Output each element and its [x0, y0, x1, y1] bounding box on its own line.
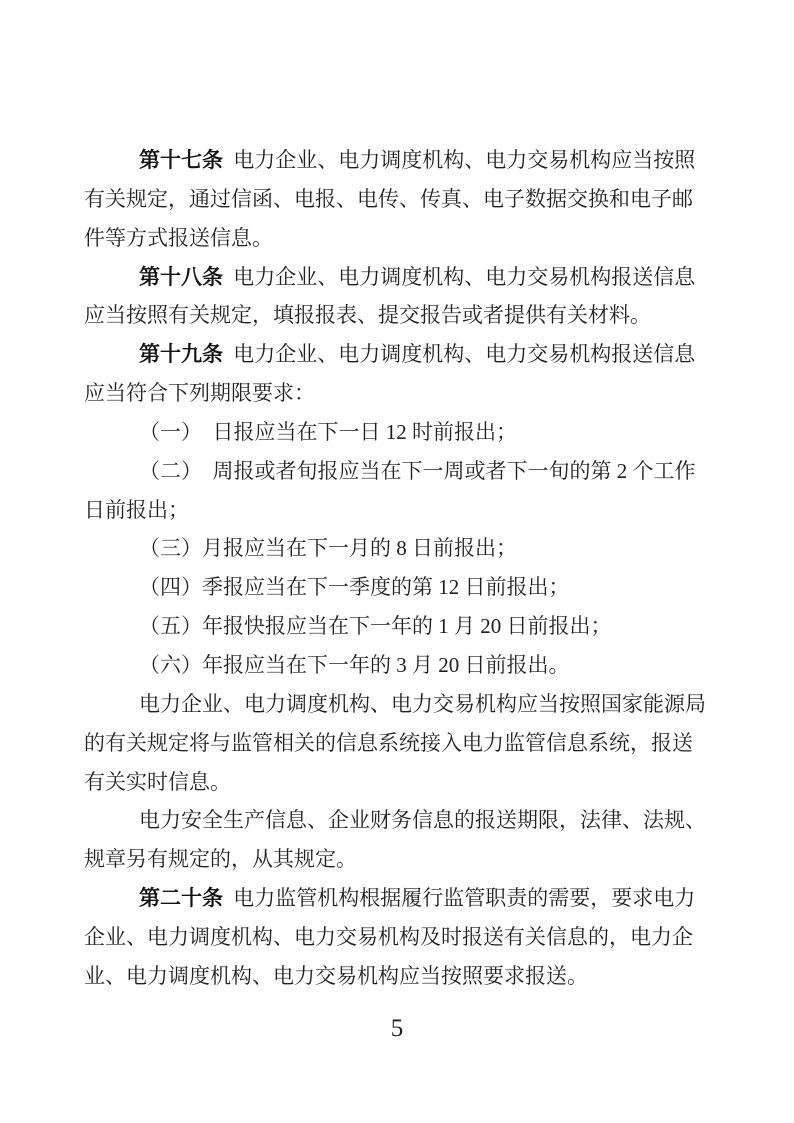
- text-line: 应当符合下列期限要求：: [84, 374, 709, 413]
- line-text: 有关实时信息。: [84, 770, 231, 794]
- line-text: （六）年报应当在下一年的 3 月 20 日前报出。: [139, 653, 570, 677]
- text-line: （三）月报应当在下一月的 8 日前报出；: [84, 529, 709, 568]
- text-line: 应当按照有关规定，填报报表、提交报告或者提供有关材料。: [84, 296, 709, 335]
- text-line: 业、电力调度机构、电力交易机构应当按照要求报送。: [84, 957, 709, 996]
- text-line: 日前报出；: [84, 491, 709, 530]
- text-line: 第十七条 电力企业、电力调度机构、电力交易机构应当按照: [84, 141, 709, 180]
- text-line: （一） 日报应当在下一日 12 时前报出；: [84, 413, 709, 452]
- text-line: （六）年报应当在下一年的 3 月 20 日前报出。: [84, 646, 709, 685]
- text-line: 电力企业、电力调度机构、电力交易机构应当按照国家能源局: [84, 685, 709, 724]
- text-line: 规章另有规定的，从其规定。: [84, 840, 709, 879]
- line-text: 电力企业、电力调度机构、电力交易机构报送信息: [228, 265, 695, 289]
- article-number: 第十八条: [139, 265, 223, 289]
- text-line: 电力安全生产信息、企业财务信息的报送期限，法律、法规、: [84, 801, 709, 840]
- line-text: （四）季报应当在下一季度的第 12 日前报出；: [139, 575, 570, 599]
- line-text: 业、电力调度机构、电力交易机构应当按照要求报送。: [84, 964, 588, 988]
- line-text: 应当按照有关规定，填报报表、提交报告或者提供有关材料。: [84, 303, 651, 327]
- line-text: （二） 周报或者旬报应当在下一周或者下一旬的第 2 个工作: [139, 459, 696, 483]
- line-text: 电力企业、电力调度机构、电力交易机构应当按照国家能源局: [139, 692, 706, 716]
- line-text: 电力安全生产信息、企业财务信息的报送期限，法律、法规、: [139, 808, 706, 832]
- text-line: 第二十条 电力监管机构根据履行监管职责的需要，要求电力: [84, 879, 709, 918]
- text-line: 的有关规定将与监管相关的信息系统接入电力监管信息系统，报送: [84, 724, 709, 763]
- line-text: 日前报出；: [84, 498, 189, 522]
- line-text: 有关规定，通过信函、电报、电传、传真、电子数据交换和电子邮: [84, 187, 693, 211]
- line-text: （五）年报快报应当在下一年的 1 月 20 日前报出；: [139, 614, 612, 638]
- text-line: 有关实时信息。: [84, 763, 709, 802]
- text-line: （五）年报快报应当在下一年的 1 月 20 日前报出；: [84, 607, 709, 646]
- text-line: 第十八条 电力企业、电力调度机构、电力交易机构报送信息: [84, 258, 709, 297]
- article-number: 第十九条: [139, 342, 223, 366]
- document-body: 第十七条 电力企业、电力调度机构、电力交易机构应当按照有关规定，通过信函、电报、…: [84, 141, 709, 996]
- text-line: 件等方式报送信息。: [84, 219, 709, 258]
- text-line: 企业、电力调度机构、电力交易机构及时报送有关信息的，电力企: [84, 918, 709, 957]
- line-text: （三）月报应当在下一月的 8 日前报出；: [139, 536, 517, 560]
- line-text: 电力企业、电力调度机构、电力交易机构应当按照: [228, 148, 695, 172]
- line-text: 规章另有规定的，从其规定。: [84, 847, 357, 871]
- line-text: 的有关规定将与监管相关的信息系统接入电力监管信息系统，报送: [84, 731, 693, 755]
- text-line: 有关规定，通过信函、电报、电传、传真、电子数据交换和电子邮: [84, 180, 709, 219]
- text-line: （二） 周报或者旬报应当在下一周或者下一旬的第 2 个工作: [84, 452, 709, 491]
- text-line: 第十九条 电力企业、电力调度机构、电力交易机构报送信息: [84, 335, 709, 374]
- line-text: 应当符合下列期限要求：: [84, 381, 315, 405]
- line-text: 企业、电力调度机构、电力交易机构及时报送有关信息的，电力企: [84, 925, 693, 949]
- line-text: （一） 日报应当在下一日 12 时前报出；: [139, 420, 517, 444]
- line-text: 电力监管机构根据履行监管职责的需要，要求电力: [228, 886, 695, 910]
- line-text: 电力企业、电力调度机构、电力交易机构报送信息: [228, 342, 695, 366]
- page-number: 5: [0, 1012, 794, 1046]
- article-number: 第十七条: [139, 148, 223, 172]
- text-line: （四）季报应当在下一季度的第 12 日前报出；: [84, 568, 709, 607]
- document-page: 第十七条 电力企业、电力调度机构、电力交易机构应当按照有关规定，通过信函、电报、…: [0, 0, 794, 1123]
- line-text: 件等方式报送信息。: [84, 226, 273, 250]
- article-number: 第二十条: [139, 886, 223, 910]
